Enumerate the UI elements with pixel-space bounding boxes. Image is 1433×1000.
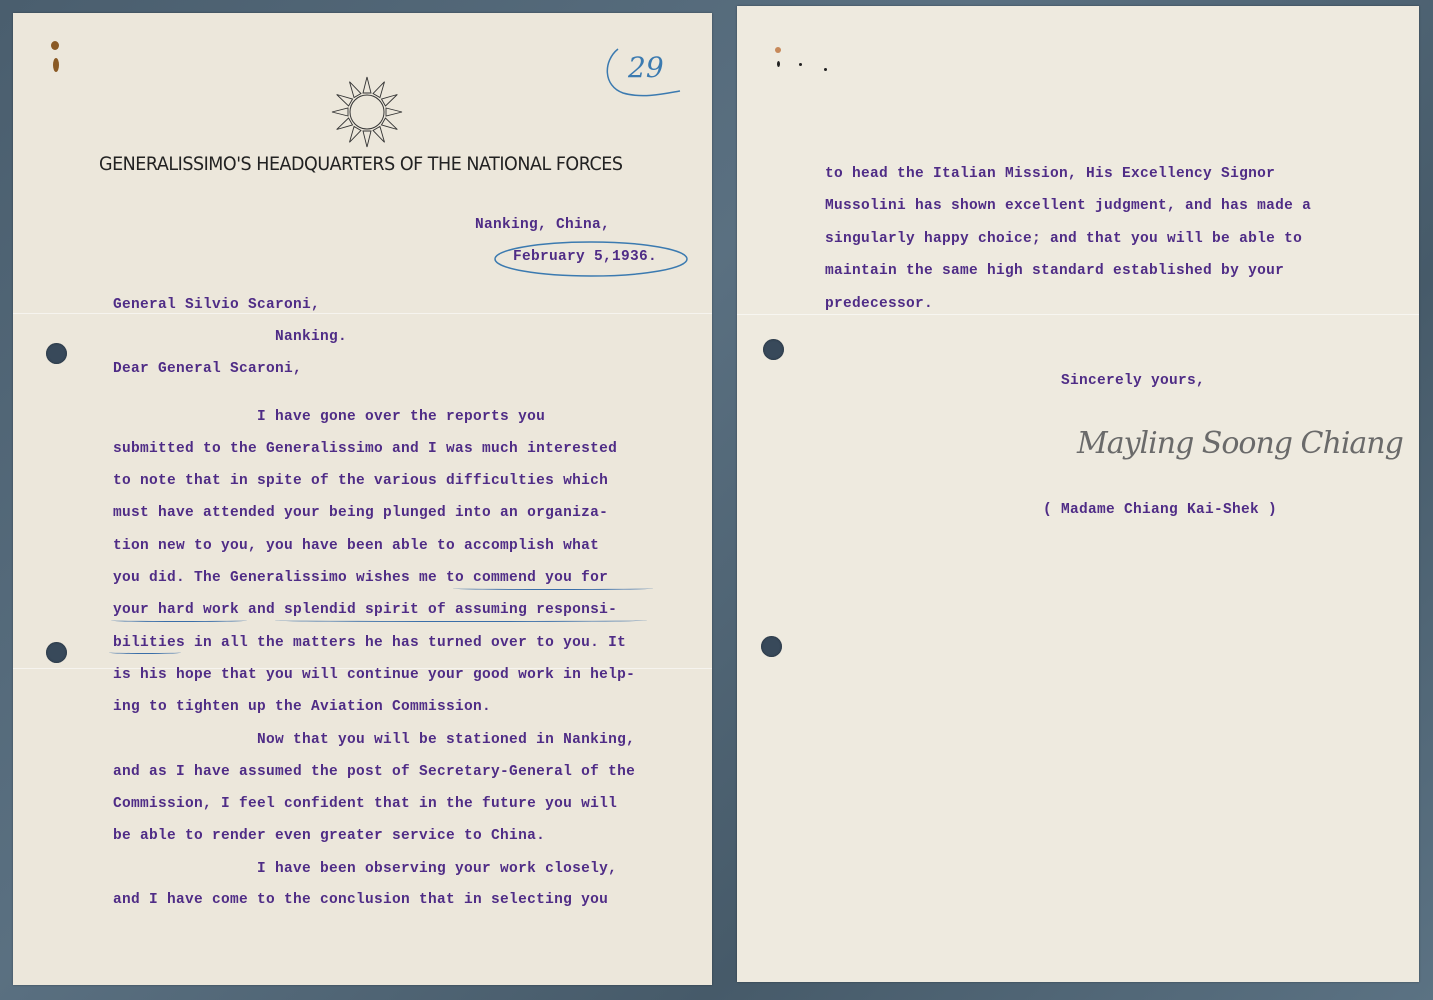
- sun-emblem-icon: [330, 75, 404, 149]
- letter-page-2: to head the Italian Mission, His Excelle…: [737, 6, 1419, 982]
- body-line: maintain the same high standard establis…: [825, 263, 1284, 279]
- closing: Sincerely yours,: [1061, 373, 1205, 389]
- body-line: must have attended your being plunged in…: [113, 505, 608, 521]
- body-line: and as I have assumed the post of Secret…: [113, 764, 635, 780]
- body-line: to head the Italian Mission, His Excelle…: [825, 166, 1275, 182]
- place-line: Nanking, China,: [475, 217, 610, 233]
- body-line: Commission, I feel confident that in the…: [113, 796, 617, 812]
- letterhead-title: GENERALISSIMO'S HEADQUARTERS OF THE NATI…: [99, 153, 596, 175]
- body-line: I have gone over the reports you: [113, 409, 545, 425]
- body-line: tion new to you, you have been able to a…: [113, 538, 599, 554]
- stain: [777, 61, 780, 67]
- handwritten-signature: Mayling Soong Chiang: [1077, 426, 1403, 461]
- body-line: be able to render even greater service t…: [113, 828, 545, 844]
- stain: [53, 58, 59, 72]
- recipient-city: Nanking.: [275, 329, 347, 345]
- punch-hole: [46, 642, 67, 663]
- punch-hole: [761, 636, 782, 657]
- punch-hole: [763, 339, 784, 360]
- ink-underline: [111, 619, 247, 622]
- fold-line: [737, 314, 1419, 315]
- body-line: predecessor.: [825, 296, 933, 312]
- typed-signature-name: ( Madame Chiang Kai-Shek ): [1043, 502, 1277, 518]
- stain: [775, 47, 781, 53]
- letter-page-1: 29 GENERALISSIMO'S HEADQUARTERS OF THE N…: [13, 13, 712, 985]
- ink-underline: [275, 619, 647, 622]
- stain: [824, 68, 827, 71]
- stain: [51, 41, 59, 50]
- salutation: Dear General Scaroni,: [113, 361, 302, 377]
- body-line: submitted to the Generalissimo and I was…: [113, 441, 617, 457]
- punch-hole: [46, 343, 67, 364]
- ink-underline: [453, 587, 653, 590]
- folio-number: 29: [628, 51, 664, 84]
- body-line: ing to tighten up the Aviation Commissio…: [113, 699, 491, 715]
- body-line: is his hope that you will continue your …: [113, 667, 635, 683]
- date-circle-mark: [491, 237, 691, 281]
- body-line: singularly happy choice; and that you wi…: [825, 231, 1302, 247]
- body-line: Now that you will be stationed in Nankin…: [113, 732, 635, 748]
- stain: [799, 63, 802, 66]
- folio-mark: 29: [598, 41, 683, 101]
- body-line: to note that in spite of the various dif…: [113, 473, 608, 489]
- recipient-name: General Silvio Scaroni,: [113, 297, 320, 313]
- fold-line: [13, 313, 712, 314]
- body-line: you did. The Generalissimo wishes me to …: [113, 570, 608, 586]
- body-line: I have been observing your work closely,: [113, 861, 617, 877]
- body-line: Mussolini has shown excellent judgment, …: [825, 198, 1311, 214]
- body-line: your hard work and splendid spirit of as…: [113, 602, 617, 618]
- body-line: bilities in all the matters he has turne…: [113, 635, 626, 651]
- ink-underline: [109, 651, 181, 654]
- body-line: and I have come to the conclusion that i…: [113, 892, 608, 908]
